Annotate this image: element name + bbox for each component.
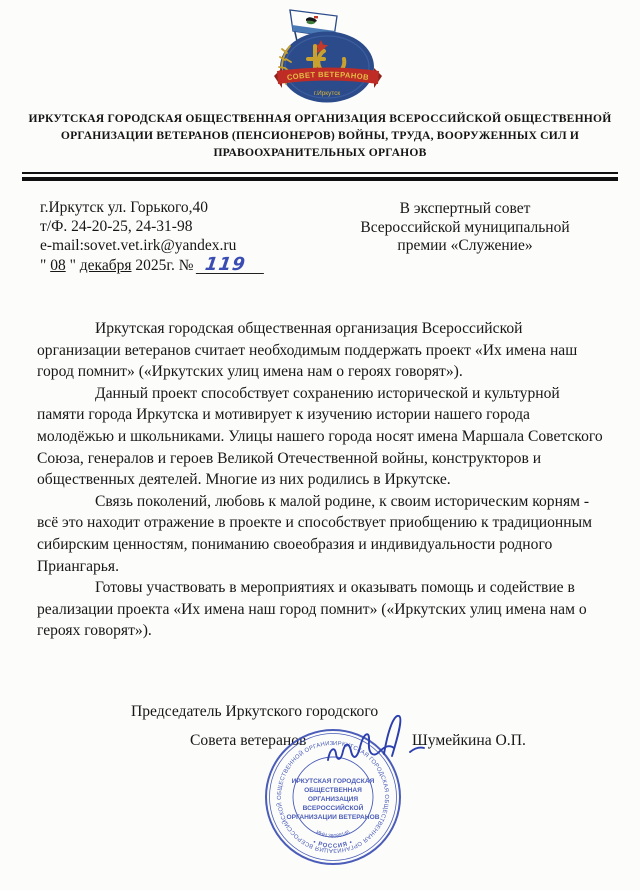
body-paragraph: Готовы участвовать в мероприятиях и оказ… (37, 577, 610, 642)
number-sign: № (175, 257, 198, 274)
letterhead-line: ПРАВООХРАНИТЕЛЬНЫХ ОРГАНОВ (28, 144, 612, 161)
divider-rule-bottom (22, 177, 618, 181)
babr-prey (314, 16, 318, 18)
stamp-center-line: ОРГАНИЗАЦИЯ (308, 796, 359, 803)
stamp-center-line: ИРКУТСКАЯ ГОРОДСКАЯ (292, 778, 375, 785)
svg-text:ИНН 38088146: ИНН 38088146 (315, 829, 351, 839)
recipient-line: В экспертный совет (320, 200, 610, 219)
body-paragraph: Связь поколений, любовь к малой родине, … (37, 491, 610, 577)
handwritten-outgoing-number: 119 (196, 257, 266, 274)
emblem-city-label: г.Иркутск (314, 90, 341, 97)
sender-email: e-mail:sovet.vet.irk@yandex.ru (40, 236, 265, 255)
letterhead-line: ИРКУТСКАЯ ГОРОДСКАЯ ОБЩЕСТВЕННАЯ ОРГАНИЗ… (28, 110, 612, 127)
recipient-line: Всероссийской муниципальной (320, 219, 610, 238)
stamp-inn-text: ИНН 38088146 (315, 829, 351, 839)
date-day: 08 (50, 257, 66, 274)
signature-flourish (384, 716, 400, 756)
sender-phone: т/Ф. 24-20-25, 24-31-98 (40, 217, 265, 236)
date-year: 2025г. (132, 257, 175, 274)
date-close-quote: " (66, 257, 80, 274)
handwritten-signature (318, 708, 468, 772)
body-paragraph: Данный проект способствует сохранению ис… (37, 383, 610, 491)
signature-loops (328, 734, 394, 760)
stamp-center-line: ОРГАНИЗАЦИИ ВЕТЕРАНОВ (287, 814, 380, 821)
letter-body: Иркутская городская общественная организ… (37, 318, 610, 642)
date-month: декабря (80, 257, 132, 274)
date-number-line: " 08 " декабря 2025г. № 119 (40, 256, 265, 275)
letterhead-line: ОРГАНИЗАЦИИ ВЕТЕРАНОВ (ПЕНСИОНЕРОВ) ВОЙН… (28, 127, 612, 144)
signature-dash (410, 748, 424, 752)
sender-address: г.Иркутск ул. Горького,40 (40, 198, 265, 217)
organization-emblem: СОВЕТ ВЕТЕРАНОВ г.Иркутск (266, 6, 392, 104)
date-open-quote: " (40, 257, 50, 274)
sender-block: г.Иркутск ул. Горького,40 т/Ф. 24-20-25,… (40, 198, 265, 275)
letterhead: ИРКУТСКАЯ ГОРОДСКАЯ ОБЩЕСТВЕННАЯ ОРГАНИЗ… (28, 110, 612, 161)
stamp-center-line: ОБЩЕСТВЕННАЯ (304, 787, 362, 794)
recipient-block: В экспертный совет Всероссийской муницип… (320, 200, 610, 256)
body-paragraph: Иркутская городская общественная организ… (37, 318, 610, 383)
stamp-center-text: ИРКУТСКАЯ ГОРОДСКАЯ ОБЩЕСТВЕННАЯ ОРГАНИЗ… (287, 778, 380, 821)
stamp-center-line: ВСЕРОССИЙСКОЙ (303, 803, 364, 812)
divider-rule (22, 172, 618, 181)
scanned-letter-page: СОВЕТ ВЕТЕРАНОВ г.Иркутск ИРКУТСКАЯ ГОРО… (0, 0, 640, 890)
recipient-line: премии «Служение» (320, 237, 610, 256)
